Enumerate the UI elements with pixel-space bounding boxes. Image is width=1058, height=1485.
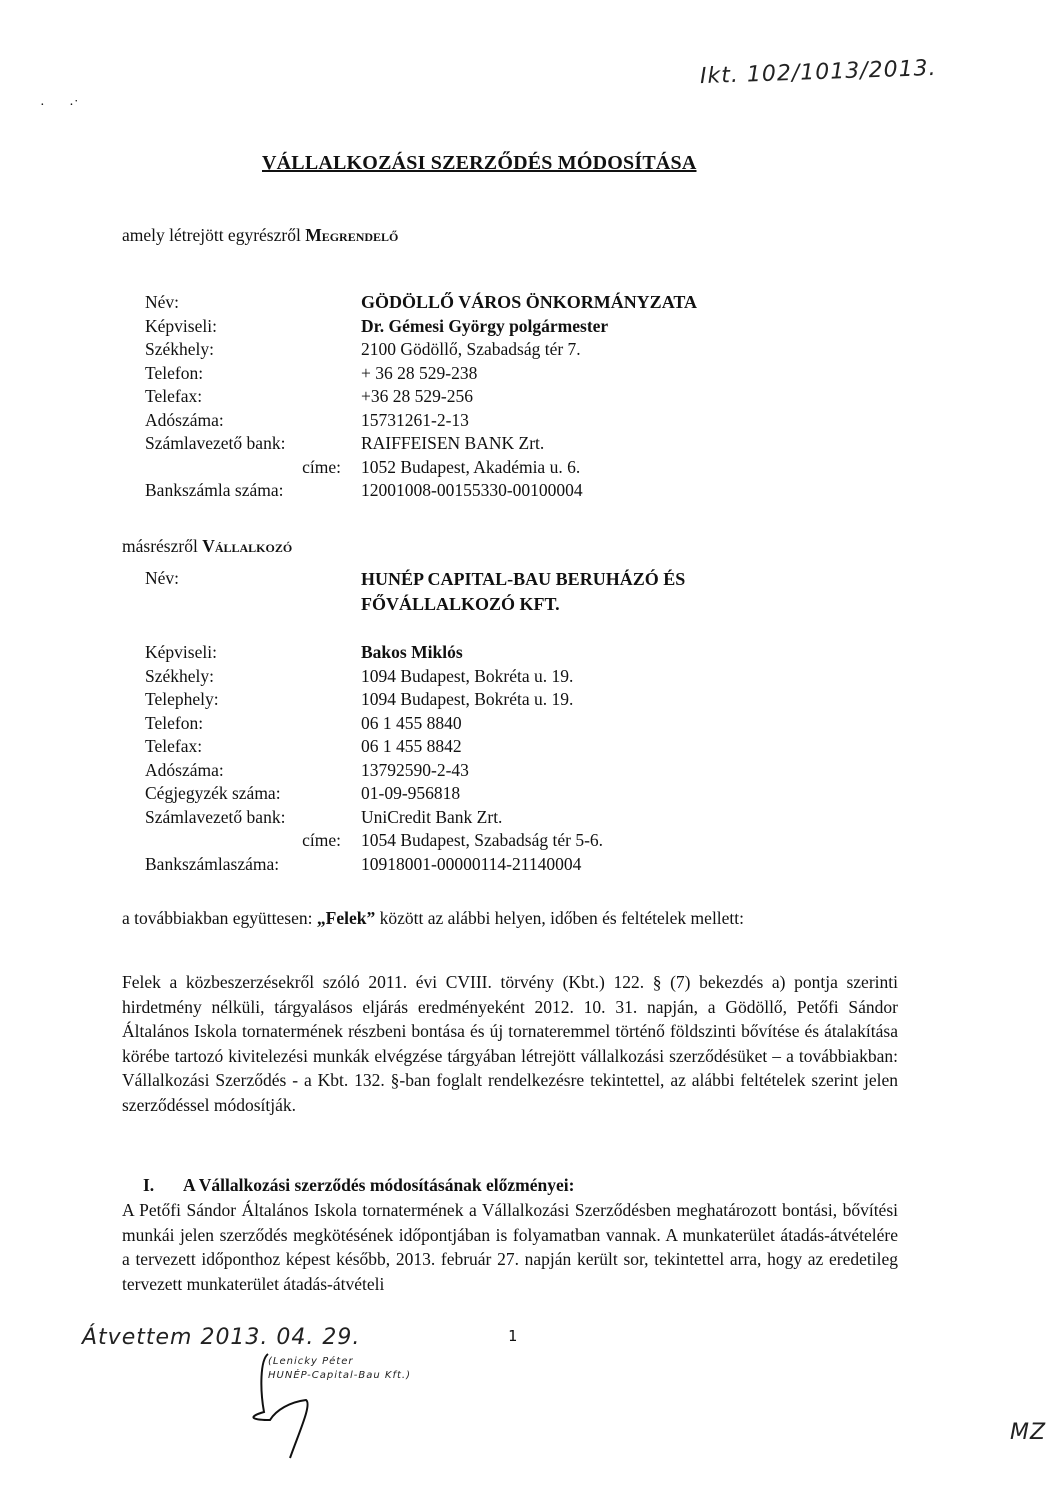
detail-row: Telefax:06 1 455 8842 [145,735,685,759]
scan-specks: · ·˙ [40,98,79,114]
field-label: Számlavezető bank: [145,432,361,456]
detail-row: Telephely:1094 Budapest, Bokréta u. 19. [145,688,685,712]
detail-row: Telefax:+36 28 529-256 [145,385,697,409]
section-title: A Vállalkozási szerződés módosításának e… [183,1175,574,1195]
parties-definition: a továbbiakban együttesen: „Felek” közöt… [122,908,744,929]
detail-row: Adószáma:13792590-2-43 [145,759,685,783]
field-label: címe: [145,456,361,480]
field-label: Székhely: [145,338,361,362]
contractor-name-line1: HUNÉP CAPITAL-BAU BERUHÁZÓ ÉS [361,569,685,589]
signature-icon [230,1350,350,1460]
field-label: Adószáma: [145,409,361,433]
client-intro: amely létrejött egyrészről Megrendelő [122,225,398,246]
parties-suffix: között az alábbi helyen, időben és felté… [375,908,744,928]
field-label: Székhely: [145,665,361,689]
field-value: 06 1 455 8842 [361,735,685,759]
field-value: 10918001-00000114-21140004 [361,853,685,877]
field-label: Számlavezető bank: [145,806,361,830]
parties-term: „Felek” [317,908,375,928]
handwritten-initials: MZ [1010,1420,1046,1445]
detail-row: Telefon:06 1 455 8840 [145,712,685,736]
detail-row: Bankszámla száma:12001008-00155330-00100… [145,479,697,503]
section-heading: I.A Vállalkozási szerződés módosításának… [143,1175,574,1196]
detail-row: Képviseli:Bakos Miklós [145,641,685,665]
spacer [145,631,361,641]
field-label: Képviseli: [145,641,361,665]
field-label: Telefon: [145,362,361,386]
field-value: 12001008-00155330-00100004 [361,479,697,503]
field-value: 13792590-2-43 [361,759,685,783]
field-value: Bakos Miklós [361,641,685,665]
field-label: Telefax: [145,385,361,409]
contractor-intro-prefix: másrészről [122,536,202,556]
contractor-name-line2: FŐVÁLLALKOZÓ KFT. [361,594,560,614]
detail-row: Cégjegyzék száma:01-09-956818 [145,782,685,806]
handwritten-received-note: Átvettem 2013. 04. 29. [82,1325,360,1350]
field-value: +36 28 529-256 [361,385,697,409]
field-label: Telefon: [145,712,361,736]
client-role: Megrendelő [305,225,398,245]
field-label: Név: [145,567,361,631]
detail-row: Adószáma:15731261-2-13 [145,409,697,433]
handwritten-reference-number: Ikt. 102/1013/2013. [700,56,937,89]
detail-row: címe:1054 Budapest, Szabadság tér 5-6. [145,829,685,853]
field-value: 1052 Budapest, Akadémia u. 6. [361,456,697,480]
contractor-details-table: Név: HUNÉP CAPITAL-BAU BERUHÁZÓ ÉS FŐVÁL… [145,567,685,876]
field-label: Telephely: [145,688,361,712]
field-value: 15731261-2-13 [361,409,697,433]
detail-row: Székhely:2100 Gödöllő, Szabadság tér 7. [145,338,697,362]
spacer-row [145,631,685,641]
detail-row: Számlavezető bank:UniCredit Bank Zrt. [145,806,685,830]
field-label: Cégjegyzék száma: [145,782,361,806]
detail-row: Képviseli:Dr. Gémesi György polgármester [145,315,697,339]
field-value: 06 1 455 8840 [361,712,685,736]
parties-prefix: a továbbiakban együttesen: [122,908,317,928]
document-title: VÁLLALKOZÁSI SZERZŐDÉS MÓDOSÍTÁSA [262,152,697,175]
field-value: 01-09-956818 [361,782,685,806]
detail-row: Telefon:+ 36 28 529-238 [145,362,697,386]
field-label: Telefax: [145,735,361,759]
field-value: 2100 Gödöllő, Szabadság tér 7. [361,338,697,362]
field-value: Dr. Gémesi György polgármester [361,315,697,339]
preamble-paragraph: Felek a közbeszerzésekről szóló 2011. év… [122,970,898,1117]
client-intro-prefix: amely létrejött egyrészről [122,225,305,245]
section-number: I. [143,1175,183,1196]
contractor-name-row: Név: HUNÉP CAPITAL-BAU BERUHÁZÓ ÉS FŐVÁL… [145,567,685,631]
client-details-table: Név:GÖDÖLLŐ VÁROS ÖNKORMÁNYZATAKépviseli… [145,291,697,503]
field-value: UniCredit Bank Zrt. [361,806,685,830]
section-paragraph: A Petőfi Sándor Általános Iskola tornate… [122,1198,898,1296]
field-label: címe: [145,829,361,853]
field-value: GÖDÖLLŐ VÁROS ÖNKORMÁNYZATA [361,291,697,315]
detail-row: Számlavezető bank:RAIFFEISEN BANK Zrt. [145,432,697,456]
field-label: Bankszámlaszáma: [145,853,361,877]
detail-row: Bankszámlaszáma:10918001-00000114-211400… [145,853,685,877]
detail-row: címe:1052 Budapest, Akadémia u. 6. [145,456,697,480]
field-value: 1094 Budapest, Bokréta u. 19. [361,688,685,712]
contractor-intro: másrészről Vállalkozó [122,536,292,557]
field-value: RAIFFEISEN BANK Zrt. [361,432,697,456]
field-value: 1094 Budapest, Bokréta u. 19. [361,665,685,689]
detail-row: Név:GÖDÖLLŐ VÁROS ÖNKORMÁNYZATA [145,291,697,315]
page-number: 1 [508,1327,517,1345]
contractor-role: Vállalkozó [202,536,292,556]
field-label: Adószáma: [145,759,361,783]
field-value: + 36 28 529-238 [361,362,697,386]
field-value: 1054 Budapest, Szabadság tér 5-6. [361,829,685,853]
field-label: Bankszámla száma: [145,479,361,503]
detail-row: Székhely:1094 Budapest, Bokréta u. 19. [145,665,685,689]
field-label: Képviseli: [145,315,361,339]
contractor-name: HUNÉP CAPITAL-BAU BERUHÁZÓ ÉS FŐVÁLLALKO… [361,567,685,631]
field-label: Név: [145,291,361,315]
